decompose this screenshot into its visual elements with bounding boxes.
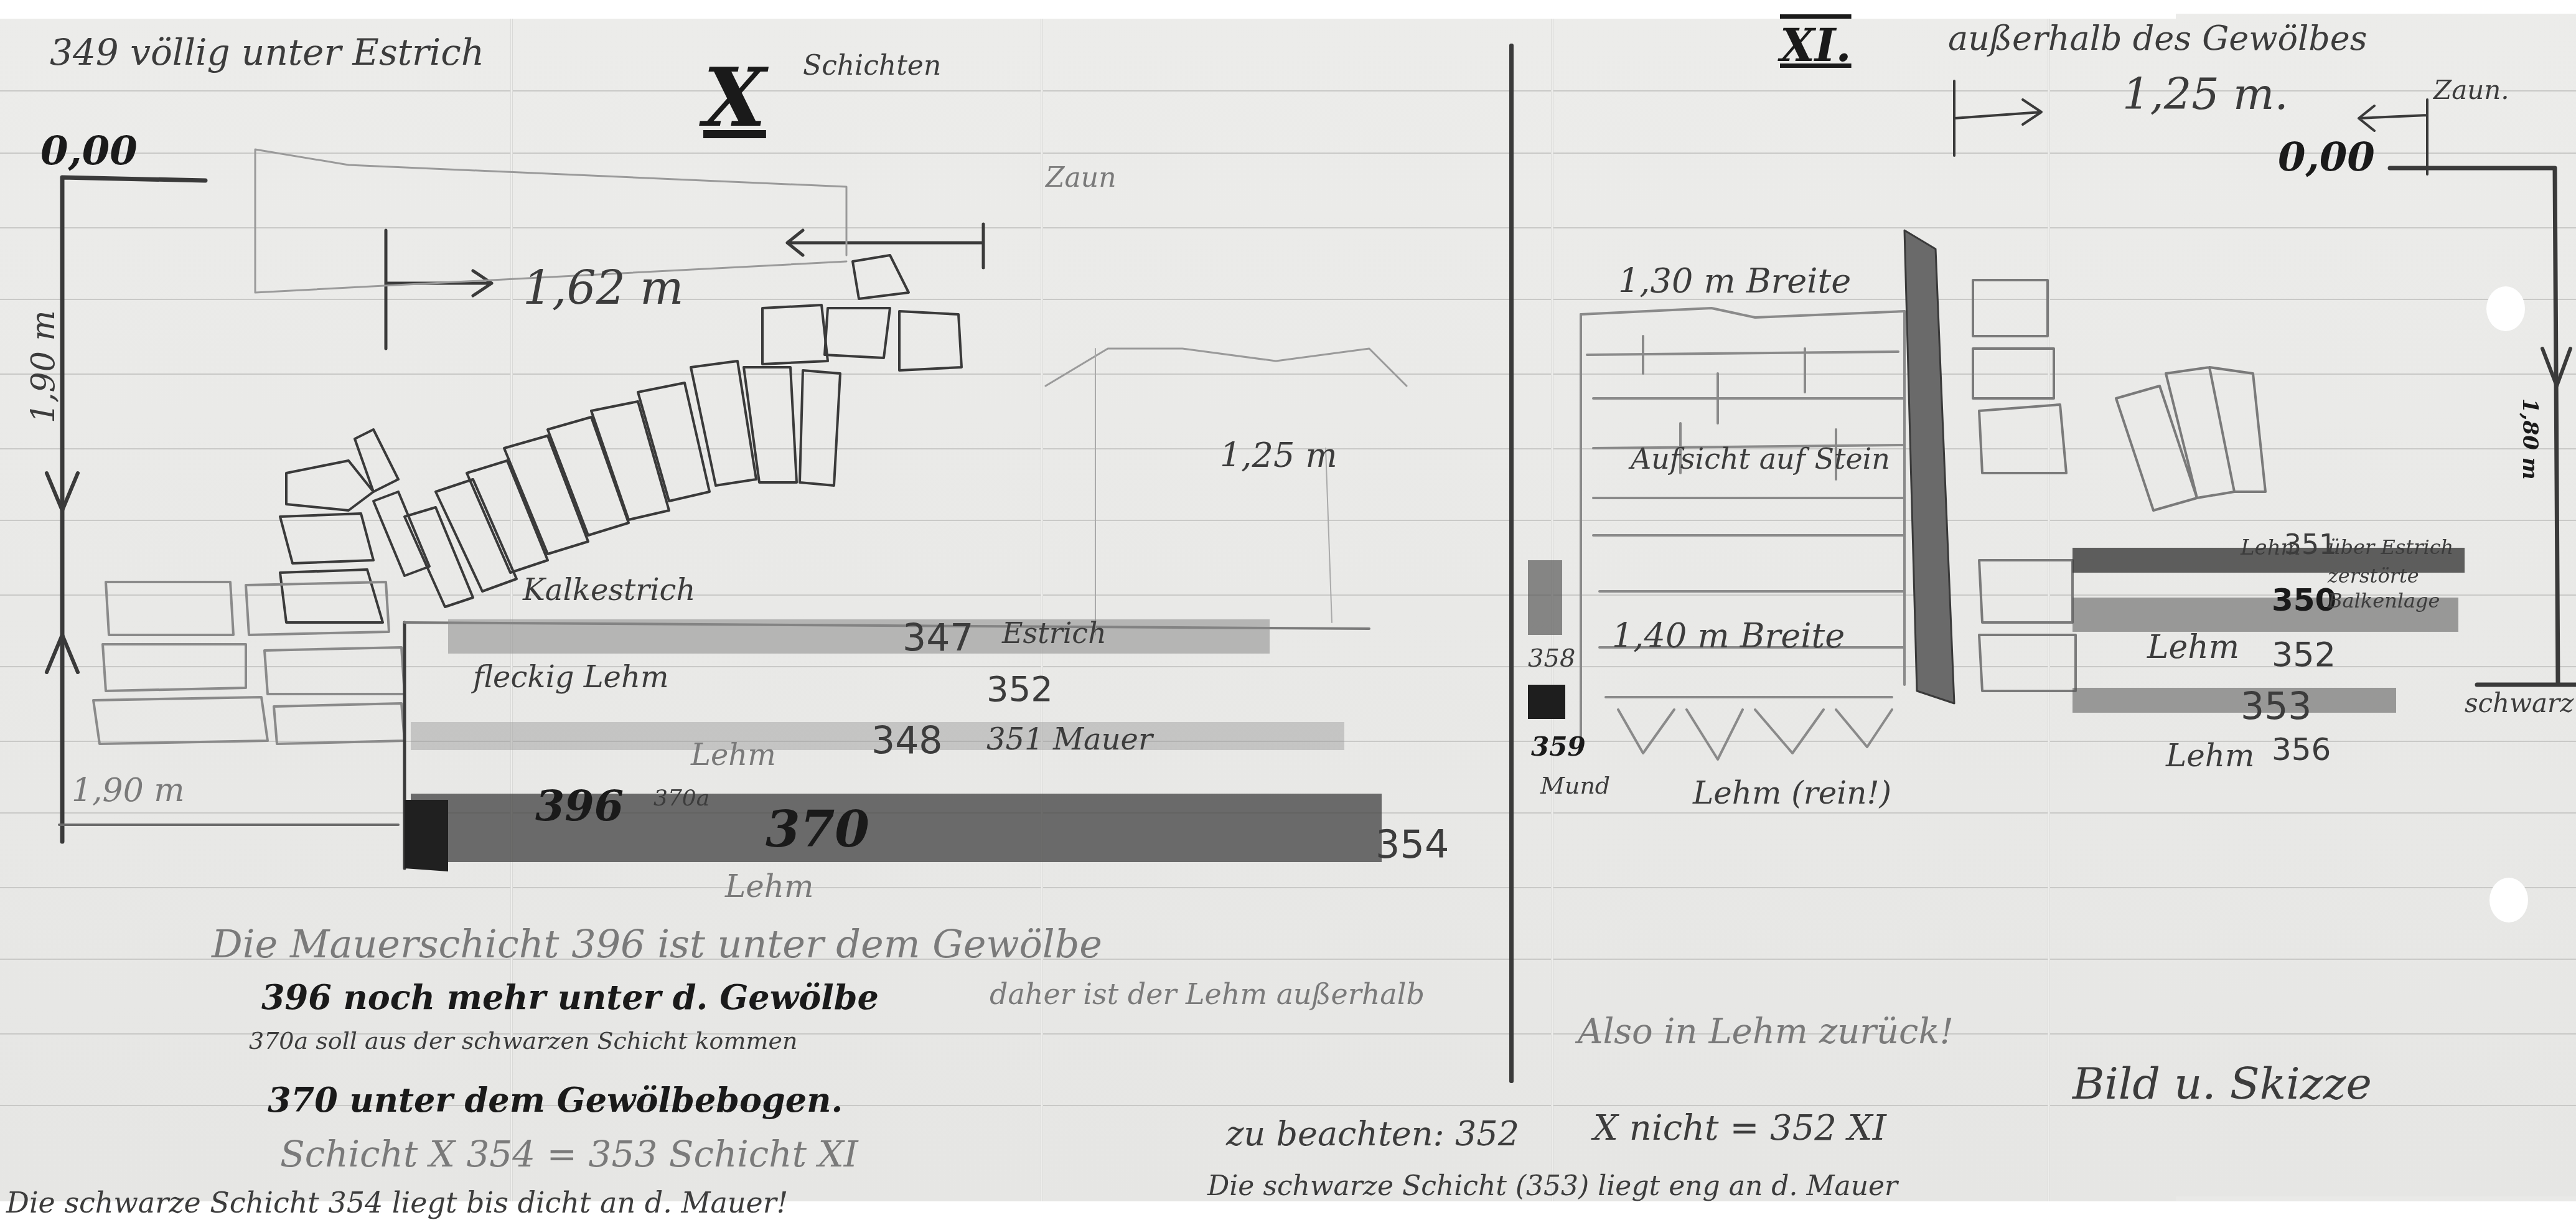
section-xi-side-label-359: 359 [1531,731,1586,762]
section-xi-side-label-358: 358 [1528,644,1575,673]
note-zu-beachten-352: zu beachten: 352 [1226,1114,1519,1153]
section-x-datum-label: 0,00 [40,128,138,174]
section-x-depth-bottom-label: 1,90 m [72,772,185,809]
xi-layer-number-350: 350 [2272,582,2336,618]
xi-layer-number-353: 353 [2241,685,2312,728]
section-xi-vertical-dimension: 1,80 m [2517,398,2542,480]
section-xi-heading: XI. [1780,19,1852,72]
layer-number-352: 352 [986,669,1053,710]
section-x-depth-dimension: 1,90 m [25,310,62,423]
layer-label-fleckig-lehm: fleckig Lehm [473,660,668,695]
layer-label-lehm-upper: Lehm [691,738,776,772]
xi-layer-label-lehm-middle: Lehm [2147,629,2239,666]
section-x-fence-label: Zaun [1046,162,1116,194]
section-x-heading-note: Schichten [803,50,941,82]
section-xi-wall-note: Aufsicht auf Stein [1631,442,1890,476]
layer-note-estrich: Estrich [1002,616,1107,650]
section-xi-side-label-mund: Mund [1540,772,1610,799]
note-x-nicht-352-xi: X nicht = 352 XI [1593,1108,1886,1148]
xi-layer-number-356: 356 [2272,731,2331,767]
section-xi-upper-width-label: 1,30 m Breite [1618,261,1851,301]
note-lehm-ausserhalb: daher ist der Lehm außerhalb [990,977,1425,1011]
note-schwarze-schicht-353: Die schwarze Schicht (353) liegt eng an … [1207,1170,1898,1202]
layer-extra-370a: 370a [653,786,710,811]
layer-label-lehm-base: Lehm [725,868,813,904]
note-396-gewoelbe: 396 noch mehr unter d. Gewölbe [261,977,879,1017]
section-xi-heading-note: außerhalb des Gewölbes [1948,19,2368,58]
note-schicht-x-354-equals-353: Schicht X 354 = 353 Schicht XI [280,1133,858,1175]
layer-347-fill [448,619,1270,654]
layer-number-396: 396 [535,781,624,831]
top-note-349: 349 völlig unter Estrich [50,31,484,73]
layer-number-370: 370 [766,800,869,858]
note-mauerschicht-396: Die Mauerschicht 396 ist unter dem Gewöl… [212,921,1102,967]
section-x-heading: X [703,50,766,145]
section-xi-base-note: Lehm (rein!) [1693,775,1891,811]
layer-label-kalkestrich: Kalkestrich [523,573,695,608]
xi-layer-note-ueber-estrich: über Estrich [2328,535,2453,559]
section-xi-lower-width-label: 1,40 m Breite [1612,616,1845,655]
note-370-gewoelbebogen: 370 unter dem Gewölbebogen. [268,1080,843,1120]
note-370a-schwarze-schicht: 370a soll aus der schwarzen Schicht komm… [249,1027,797,1054]
section-xi-width-dimension: 1,25 m. [2122,68,2288,120]
xi-layer-number-352: 352 [2272,635,2336,674]
xi-layer-note-balkenlage: zerstörte Balkenlage [2328,563,2452,613]
note-signature-bild-skizze: Bild u. Skizze [2073,1058,2372,1109]
note-also-in-lehm: Also in Lehm zurück! [1578,1011,1954,1052]
layer-number-354: 354 [1375,822,1449,867]
layer-extra-351-mauer: 351 Mauer [986,722,1153,757]
note-schwarze-schicht-354: Die schwarze Schicht 354 liegt bis dicht… [6,1186,788,1219]
layer-number-348: 348 [871,719,943,763]
layer-number-347: 347 [902,616,974,660]
section-x-width-dimension: 1,62 m [523,261,683,315]
section-xi-fence-label: Zaun. [2433,75,2509,105]
xi-layer-label-lehm-bottom: Lehm [2166,738,2254,774]
section-xi-datum-label: 0,00 [2278,134,2375,181]
section-x-height-dimension: 1,25 m [1220,436,1337,475]
xi-layer-note-schwarz: schwarz [2465,688,2574,718]
